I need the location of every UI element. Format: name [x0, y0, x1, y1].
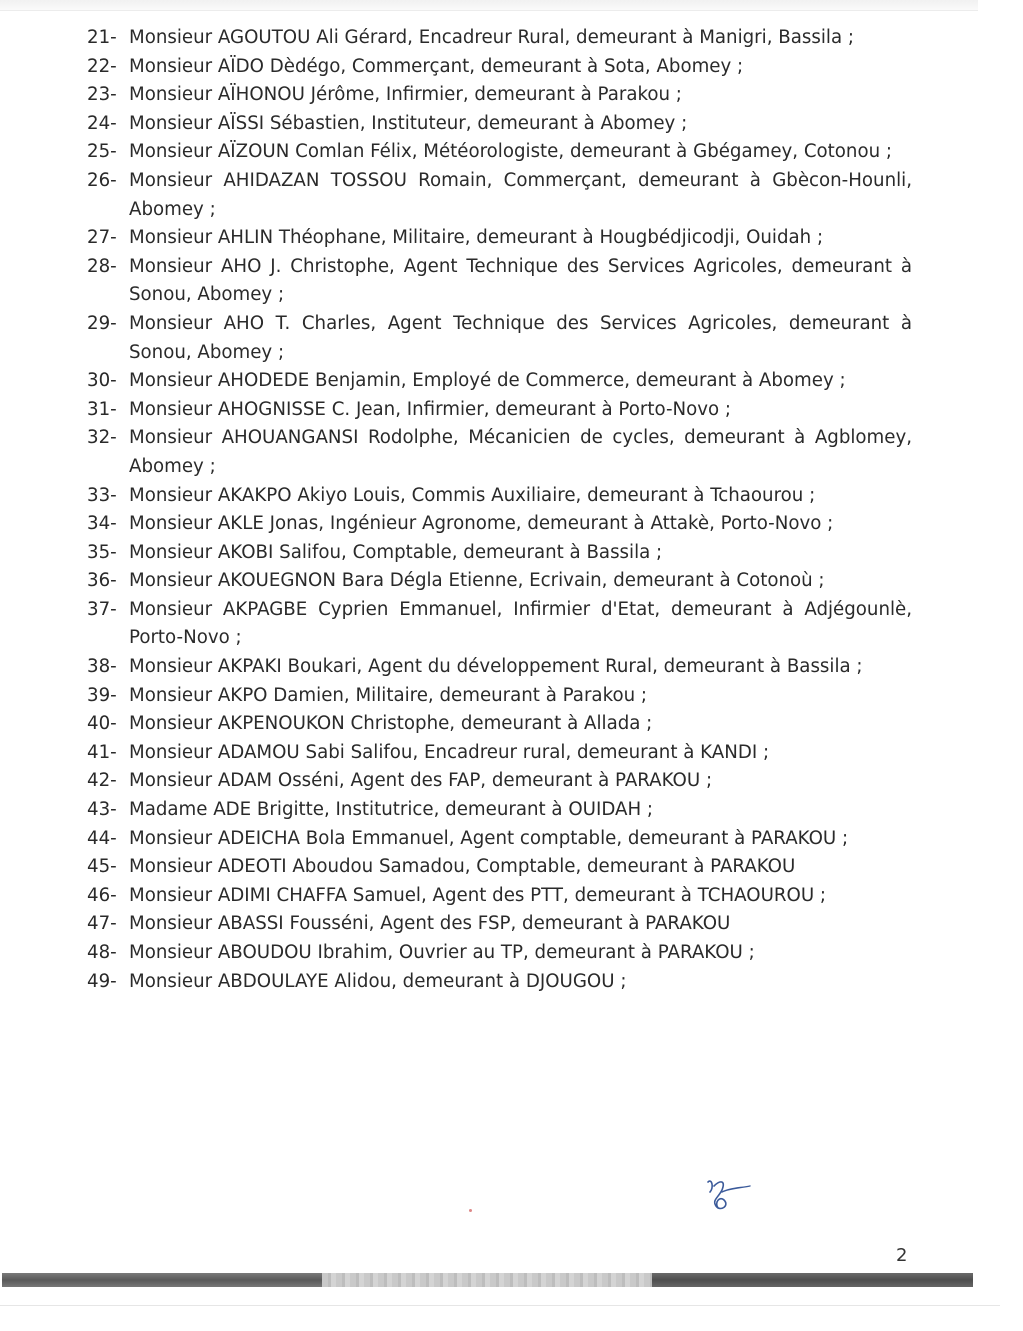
item-text: Monsieur ADAMOU Sabi Salifou, Encadreur … [129, 739, 912, 768]
item-number: 35- [87, 539, 117, 568]
list-item: 26-Monsieur AHIDAZAN TOSSOU Romain, Comm… [0, 167, 912, 224]
list-item: 41-Monsieur ADAMOU Sabi Salifou, Encadre… [0, 739, 912, 768]
item-number: 28- [87, 253, 117, 282]
item-text: Monsieur AKOBI Salifou, Comptable, demeu… [129, 539, 912, 568]
item-number: 23- [87, 81, 117, 110]
item-text: Monsieur AKOUEGNON Bara Dégla Etienne, E… [129, 567, 912, 596]
item-number: 26- [87, 167, 117, 196]
item-text: Monsieur ADAM Osséni, Agent des FAP, dem… [129, 767, 912, 796]
footer-bar-segment-dark-right [652, 1273, 973, 1287]
list-item: 36-Monsieur AKOUEGNON Bara Dégla Etienne… [0, 567, 912, 596]
list-item: 32-Monsieur AHOUANGANSI Rodolphe, Mécani… [0, 424, 912, 481]
item-number: 32- [87, 424, 117, 453]
item-number: 27- [87, 224, 117, 253]
item-text: Monsieur AHLIN Théophane, Militaire, dem… [129, 224, 912, 253]
list-item: 25-Monsieur AÏZOUN Comlan Félix, Météoro… [0, 138, 912, 167]
item-text: Monsieur AÏSSI Sébastien, Instituteur, d… [129, 110, 912, 139]
item-number: 46- [87, 882, 117, 911]
footer-bar-segment-light [322, 1273, 652, 1287]
item-number: 47- [87, 910, 117, 939]
item-number: 25- [87, 138, 117, 167]
item-text: Monsieur AHO T. Charles, Agent Technique… [129, 310, 912, 367]
list-item: 24-Monsieur AÏSSI Sébastien, Instituteur… [0, 110, 912, 139]
item-text: Monsieur AKPENOUKON Christophe, demeuran… [129, 710, 912, 739]
item-text: Monsieur AKPAKI Boukari, Agent du dévelo… [129, 653, 912, 682]
list-item: 48-Monsieur ABOUDOU Ibrahim, Ouvrier au … [0, 939, 912, 968]
item-number: 45- [87, 853, 117, 882]
item-text: Monsieur ADEICHA Bola Emmanuel, Agent co… [129, 825, 912, 854]
list-item: 23-Monsieur AÏHONOU Jérôme, Infirmier, d… [0, 81, 912, 110]
list-item: 39-Monsieur AKPO Damien, Militaire, deme… [0, 682, 912, 711]
item-text: Monsieur ADEOTI Aboudou Samadou, Comptab… [129, 853, 912, 882]
item-number: 24- [87, 110, 117, 139]
item-text: Monsieur AÏDO Dèdégo, Commerçant, demeur… [129, 53, 912, 82]
list-item: 49-Monsieur ABDOULAYE Alidou, demeurant … [0, 968, 912, 997]
list-item: 44-Monsieur ADEICHA Bola Emmanuel, Agent… [0, 825, 912, 854]
list-item: 42-Monsieur ADAM Osséni, Agent des FAP, … [0, 767, 912, 796]
item-number: 31- [87, 396, 117, 425]
list-item: 37-Monsieur AKPAGBE Cyprien Emmanuel, In… [0, 596, 912, 653]
list-item: 34-Monsieur AKLE Jonas, Ingénieur Agrono… [0, 510, 912, 539]
list-item: 29-Monsieur AHO T. Charles, Agent Techni… [0, 310, 912, 367]
item-text: Monsieur ABOUDOU Ibrahim, Ouvrier au TP,… [129, 939, 912, 968]
signature-initials-icon [700, 1176, 752, 1216]
page-bottom-edge [0, 1305, 1000, 1306]
item-number: 41- [87, 739, 117, 768]
list-item: 43-Madame ADE Brigitte, Institutrice, de… [0, 796, 912, 825]
item-text: Monsieur AÏZOUN Comlan Félix, Météorolog… [129, 138, 912, 167]
list-item: 35-Monsieur AKOBI Salifou, Comptable, de… [0, 539, 912, 568]
item-number: 21- [87, 24, 117, 53]
stray-mark [469, 1209, 472, 1212]
item-text: Monsieur ABDOULAYE Alidou, demeurant à D… [129, 968, 912, 997]
item-number: 39- [87, 682, 117, 711]
page-top-edge [0, 0, 978, 11]
item-number: 33- [87, 482, 117, 511]
item-text: Monsieur AHOGNISSE C. Jean, Infirmier, d… [129, 396, 912, 425]
item-text: Monsieur AKAKPO Akiyo Louis, Commis Auxi… [129, 482, 912, 511]
list-item: 45-Monsieur ADEOTI Aboudou Samadou, Comp… [0, 853, 912, 882]
item-number: 49- [87, 968, 117, 997]
list-item: 27-Monsieur AHLIN Théophane, Militaire, … [0, 224, 912, 253]
item-number: 34- [87, 510, 117, 539]
item-number: 29- [87, 310, 117, 339]
item-number: 36- [87, 567, 117, 596]
item-text: Monsieur ABASSI Fousséni, Agent des FSP,… [129, 910, 912, 939]
item-text: Monsieur AHO J. Christophe, Agent Techni… [129, 253, 912, 310]
item-number: 42- [87, 767, 117, 796]
item-text: Monsieur AKPAGBE Cyprien Emmanuel, Infir… [129, 596, 912, 653]
list-item: 21-Monsieur AGOUTOU Ali Gérard, Encadreu… [0, 24, 912, 53]
item-number: 40- [87, 710, 117, 739]
item-number: 30- [87, 367, 117, 396]
list-item: 33-Monsieur AKAKPO Akiyo Louis, Commis A… [0, 482, 912, 511]
item-number: 48- [87, 939, 117, 968]
item-number: 37- [87, 596, 117, 625]
footer-bar-segment-dark-left [2, 1273, 322, 1287]
item-text: Monsieur AÏHONOU Jérôme, Infirmier, deme… [129, 81, 912, 110]
item-text: Monsieur AHODEDE Benjamin, Employé de Co… [129, 367, 912, 396]
list-item: 47-Monsieur ABASSI Fousséni, Agent des F… [0, 910, 912, 939]
list-item: 38-Monsieur AKPAKI Boukari, Agent du dév… [0, 653, 912, 682]
names-list: 21-Monsieur AGOUTOU Ali Gérard, Encadreu… [0, 24, 1023, 996]
item-text: Madame ADE Brigitte, Institutrice, demeu… [129, 796, 912, 825]
list-item: 30-Monsieur AHODEDE Benjamin, Employé de… [0, 367, 912, 396]
item-text: Monsieur ADIMI CHAFFA Samuel, Agent des … [129, 882, 912, 911]
item-text: Monsieur AGOUTOU Ali Gérard, Encadreur R… [129, 24, 912, 53]
list-item: 28-Monsieur AHO J. Christophe, Agent Tec… [0, 253, 912, 310]
item-number: 38- [87, 653, 117, 682]
item-number: 44- [87, 825, 117, 854]
footer-bar [2, 1273, 973, 1287]
item-text: Monsieur AHOUANGANSI Rodolphe, Mécanicie… [129, 424, 912, 481]
list-item: 31-Monsieur AHOGNISSE C. Jean, Infirmier… [0, 396, 912, 425]
item-text: Monsieur AKLE Jonas, Ingénieur Agronome,… [129, 510, 912, 539]
item-number: 43- [87, 796, 117, 825]
list-item: 46-Monsieur ADIMI CHAFFA Samuel, Agent d… [0, 882, 912, 911]
item-text: Monsieur AKPO Damien, Militaire, demeura… [129, 682, 912, 711]
item-number: 22- [87, 53, 117, 82]
item-text: Monsieur AHIDAZAN TOSSOU Romain, Commerç… [129, 167, 912, 224]
list-item: 22-Monsieur AÏDO Dèdégo, Commerçant, dem… [0, 53, 912, 82]
list-item: 40-Monsieur AKPENOUKON Christophe, demeu… [0, 710, 912, 739]
page-number: 2 [896, 1245, 907, 1266]
